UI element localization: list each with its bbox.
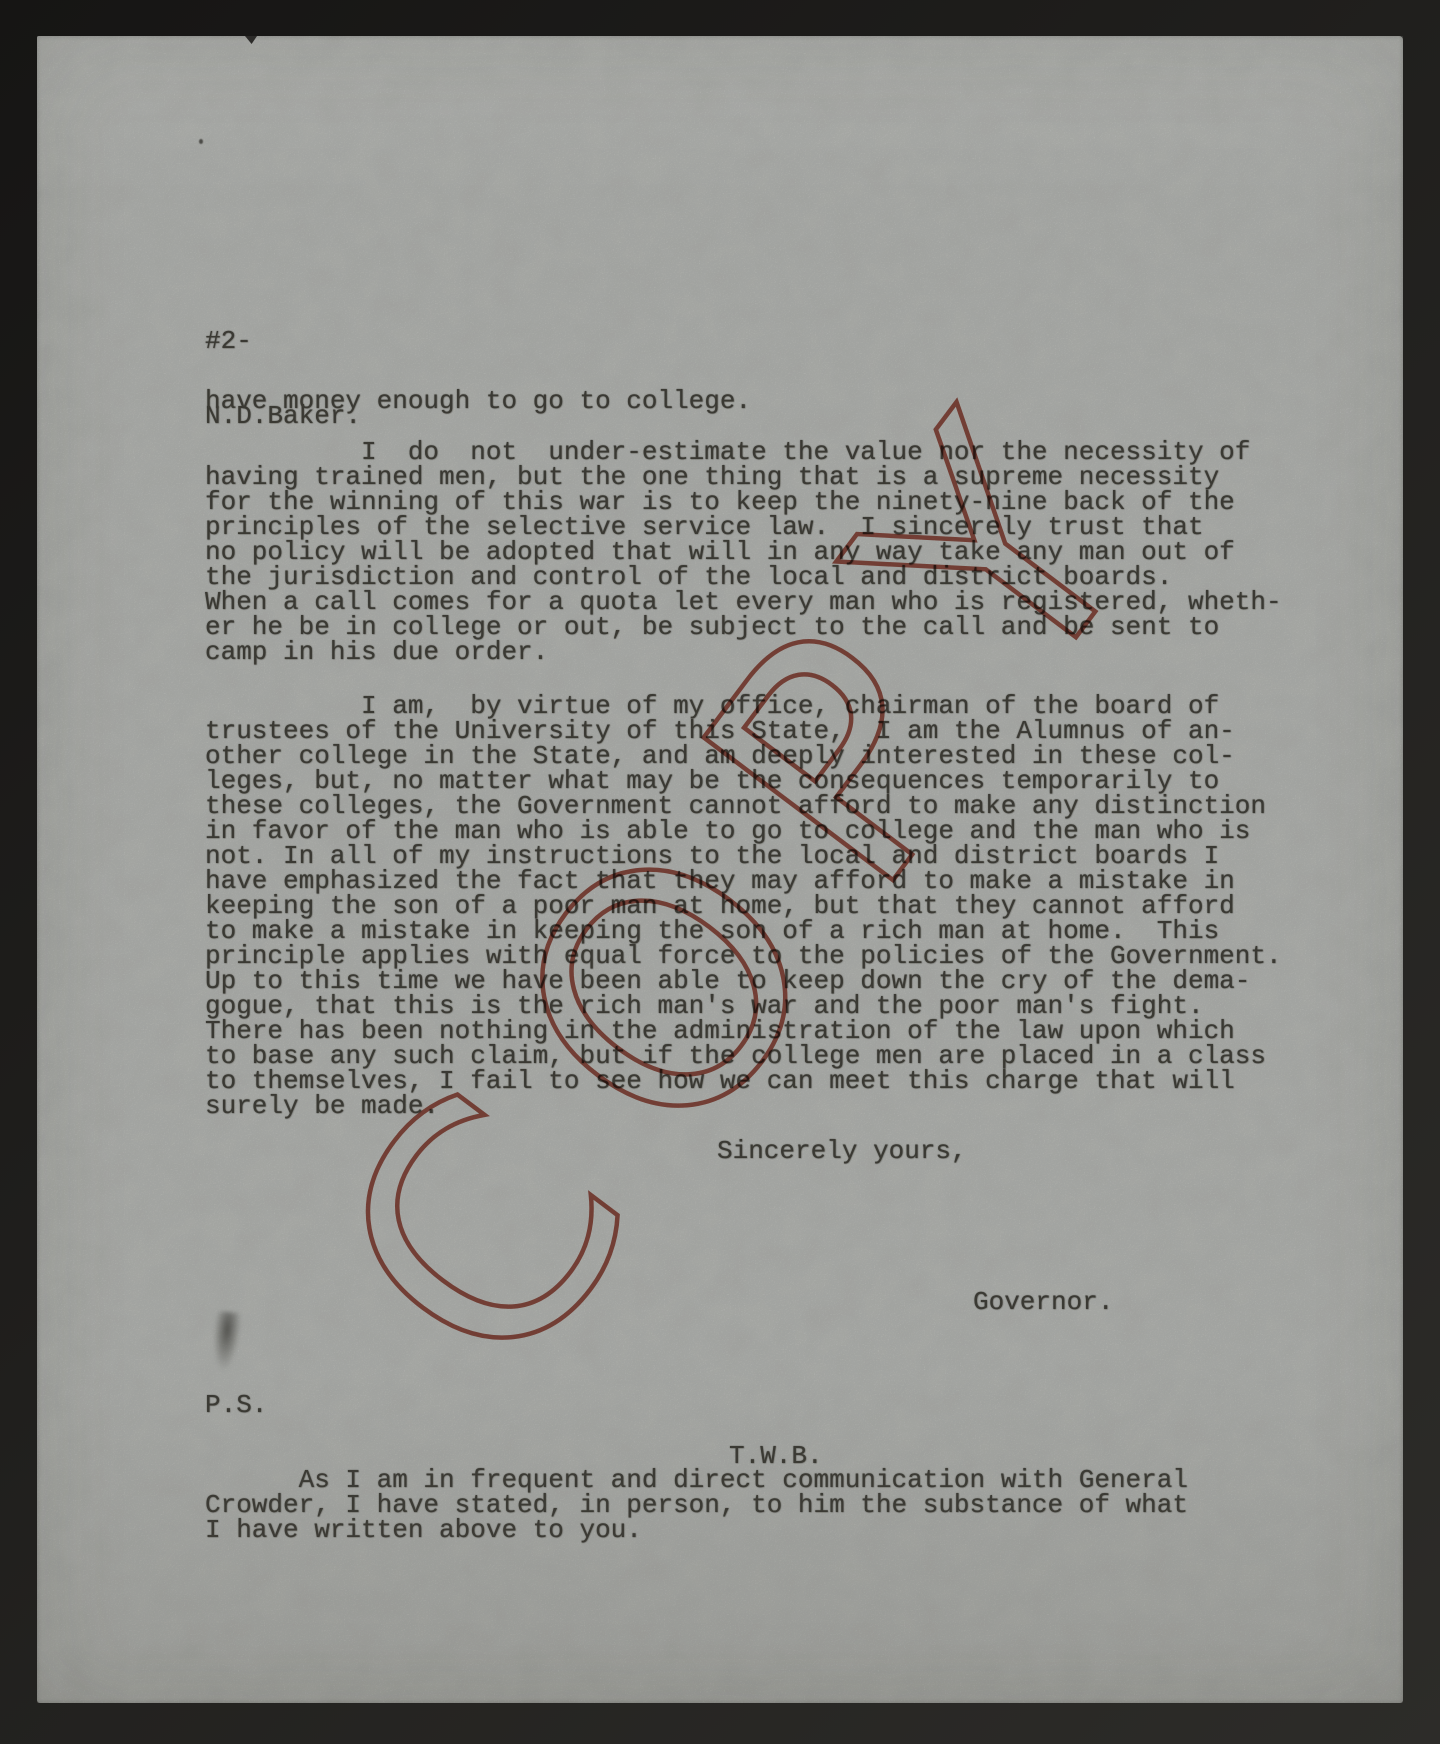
typist-initials: T.W.B.	[729, 1444, 823, 1469]
postscript-label: P.S.	[205, 1393, 1188, 1418]
paragraph-3: I am, by virtue of my office, chairman o…	[205, 694, 1282, 1119]
postscript-text: As I am in frequent and direct communica…	[205, 1468, 1188, 1543]
signature-title: Governor.	[973, 1290, 1113, 1315]
letter-page: #2- N.D.Baker. have money enough to go t…	[37, 36, 1403, 1703]
paragraph-2: I do not under-estimate the value nor th…	[205, 440, 1282, 665]
paper-speck	[199, 139, 203, 144]
page-number: #2-	[205, 329, 361, 354]
closing-salutation: Sincerely yours,	[717, 1139, 967, 1164]
paragraph-1: have money enough to go to college.	[205, 389, 751, 414]
postscript: P.S. As I am in frequent and direct comm…	[205, 1343, 1188, 1593]
paper-edge-notch	[245, 36, 257, 44]
